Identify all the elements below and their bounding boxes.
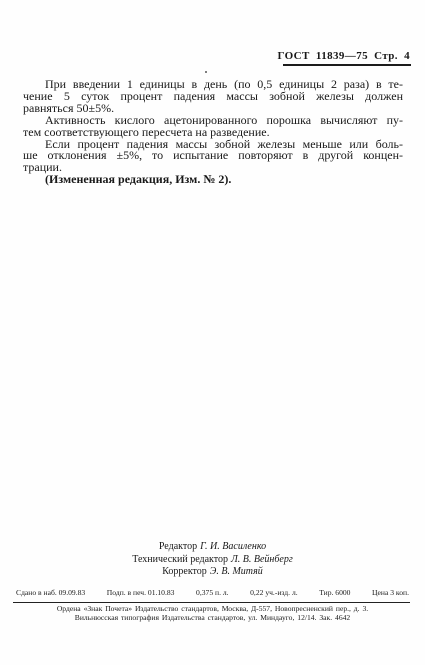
imprint-segment: Цена 3 коп. xyxy=(372,588,409,597)
header-rule xyxy=(283,64,411,66)
credit-name: Э. В. Митяй xyxy=(210,566,263,577)
credit-role: Корректор xyxy=(162,566,207,577)
imprint-segment: Подп. в печ. 01.10.83 xyxy=(107,588,175,597)
imprint-segment: 0,375 п. л. xyxy=(196,588,229,597)
credit-name: Г. И. Василенко xyxy=(200,541,266,552)
imprint-segment: 0,22 уч.-изд. л. xyxy=(250,588,298,597)
page-header: ГОСТ 11839—75 Стр. 4 xyxy=(277,50,410,62)
credit-line: РедакторГ. И. Василенко xyxy=(0,541,425,554)
publisher-line: Вильнюсская типография Издательства стан… xyxy=(10,614,415,623)
paragraph: Если процент падения массы зобной железы… xyxy=(23,139,403,175)
imprint-segment: Сдано в наб. 09.09.83 xyxy=(16,588,85,597)
publisher-block: Ордена «Знак Почета» Издательство станда… xyxy=(10,605,415,623)
credit-line: Технический редакторЛ. В. Вейнберг xyxy=(0,554,425,567)
body-line: ше отклонения ±5%, то испытание повторяю… xyxy=(23,150,403,162)
credit-name: Л. В. Вейнберг xyxy=(231,554,293,565)
imprint-segment: Тир. 6000 xyxy=(319,588,350,597)
document-page: ГОСТ 11839—75 Стр. 4 При введении 1 един… xyxy=(0,0,425,665)
amendment-note: (Измененная редакция, Изм. № 2). xyxy=(23,174,403,186)
paragraph: Активность кислого ацетонированного поро… xyxy=(23,115,403,139)
imprint-line: Сдано в наб. 09.09.83 Подп. в печ. 01.10… xyxy=(16,588,409,597)
credit-line: КорректорЭ. В. Митяй xyxy=(0,566,425,579)
body-text: При введении 1 единицы в день (по 0,5 ед… xyxy=(23,79,403,186)
imprint-rule xyxy=(13,602,410,603)
scan-artifact-dot xyxy=(205,71,207,73)
paragraph: При введении 1 единицы в день (по 0,5 ед… xyxy=(23,79,403,115)
credit-role: Редактор xyxy=(159,541,197,552)
credits-block: РедакторГ. И. Василенко Технический реда… xyxy=(0,541,425,579)
credit-role: Технический редактор xyxy=(132,554,228,565)
